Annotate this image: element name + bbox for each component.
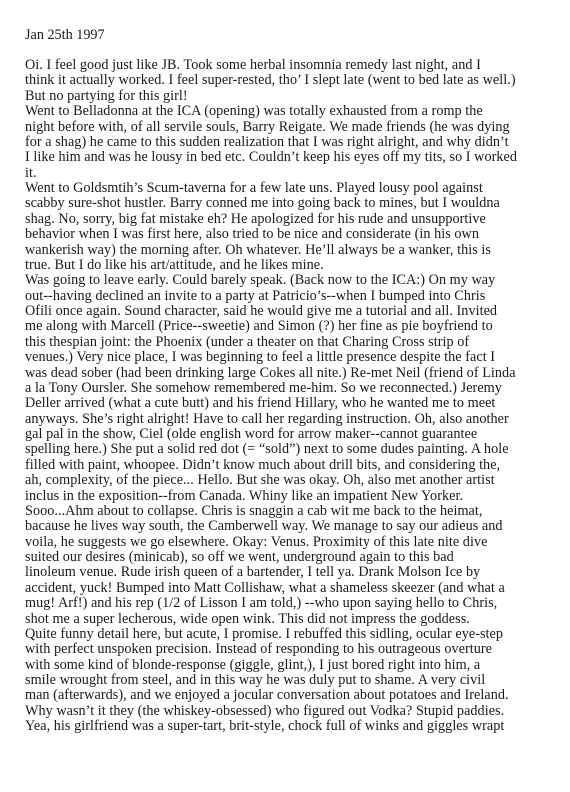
- text-line: a la Tony Oursler. She somehow remembere…: [25, 381, 517, 396]
- text-line: Yea, his girlfriend was a super-tart, br…: [25, 719, 517, 734]
- text-line: wankerish way) the morning after. Oh wha…: [25, 243, 517, 258]
- text-line: Sooo...Ahm about to collapse. Chris is s…: [25, 504, 517, 519]
- text-line: Ofili once again. Sound character, said …: [25, 304, 517, 319]
- text-line: ah, complexity, of the piece... Hello. B…: [25, 473, 517, 488]
- text-line: spelling here.) She put a solid red dot …: [25, 442, 517, 457]
- text-line: filled with paint, whoopee. Didn’t know …: [25, 458, 517, 473]
- text-line: Why wasn’t it they (the whiskey-obsessed…: [25, 704, 517, 719]
- text-line: I like him and was he lousy in bed etc. …: [25, 150, 517, 165]
- text-line: scabby sure-shot hustler. Barry conned m…: [25, 196, 517, 211]
- text-line: shot me a super lecherous, wide open win…: [25, 612, 517, 627]
- text-line: with perfect unspoken precision. Instead…: [25, 642, 517, 657]
- text-line: was dead sober (had been drinking large …: [25, 366, 517, 381]
- text-line: it.: [25, 166, 517, 181]
- text-line: night before with, of all servile souls,…: [25, 120, 517, 135]
- journal-entry-body: Oi. I feel good just like JB. Took some …: [25, 58, 517, 735]
- text-line: Went to Goldsmtih’s Scum-taverna for a f…: [25, 181, 517, 196]
- text-line: Quite funny detail here, but acute, I pr…: [25, 627, 517, 642]
- text-line: suited our desires (minicab), so off we …: [25, 550, 517, 565]
- text-line: Oi. I feel good just like JB. Took some …: [25, 58, 517, 73]
- text-line: voila, he suggests we go elsewhere. Okay…: [25, 535, 517, 550]
- text-line: But no partying for this girl!: [25, 89, 517, 104]
- text-line: Was going to leave early. Could barely s…: [25, 273, 517, 288]
- text-line: think it actually worked. I feel super-r…: [25, 73, 517, 88]
- text-line: out--having declined an invite to a part…: [25, 289, 517, 304]
- document-page: Jan 25th 1997 Oi. I feel good just like …: [0, 0, 570, 792]
- text-line: true. But I do like his art/attitude, an…: [25, 258, 517, 273]
- text-line: inclus in the exposition--from Canada. W…: [25, 489, 517, 504]
- text-line: behavior when I was first here, also tri…: [25, 227, 517, 242]
- text-line: mug! Arf!) and his rep (1/2 of Lisson I …: [25, 596, 517, 611]
- text-line: shag. No, sorry, big fat mistake eh? He …: [25, 212, 517, 227]
- text-line: venues.) Very nice place, I was beginnin…: [25, 350, 517, 365]
- text-line: for a shag) he came to this sudden reali…: [25, 135, 517, 150]
- text-line: Deller arrived (what a cute butt) and hi…: [25, 396, 517, 411]
- text-line: with some kind of blonde-response (giggl…: [25, 658, 517, 673]
- text-line: this thespian joint: the Phoenix (under …: [25, 335, 517, 350]
- text-line: smile wrought from steel, and in this wa…: [25, 673, 517, 688]
- text-line: gal pal in the show, Ciel (olde english …: [25, 427, 517, 442]
- text-line: anyways. She’s right alright! Have to ca…: [25, 412, 517, 427]
- text-line: man (afterwards), and we enjoyed a jocul…: [25, 688, 517, 703]
- text-line: accident, yuck! Bumped into Matt Collish…: [25, 581, 517, 596]
- entry-date: Jan 25th 1997: [25, 28, 105, 43]
- text-line: bacause he lives way south, the Camberwe…: [25, 519, 517, 534]
- text-line: linoleum venue. Rude irish queen of a ba…: [25, 565, 517, 580]
- text-line: Went to Belladonna at the ICA (opening) …: [25, 104, 517, 119]
- text-line: me along with Marcell (Price--sweetie) a…: [25, 319, 517, 334]
